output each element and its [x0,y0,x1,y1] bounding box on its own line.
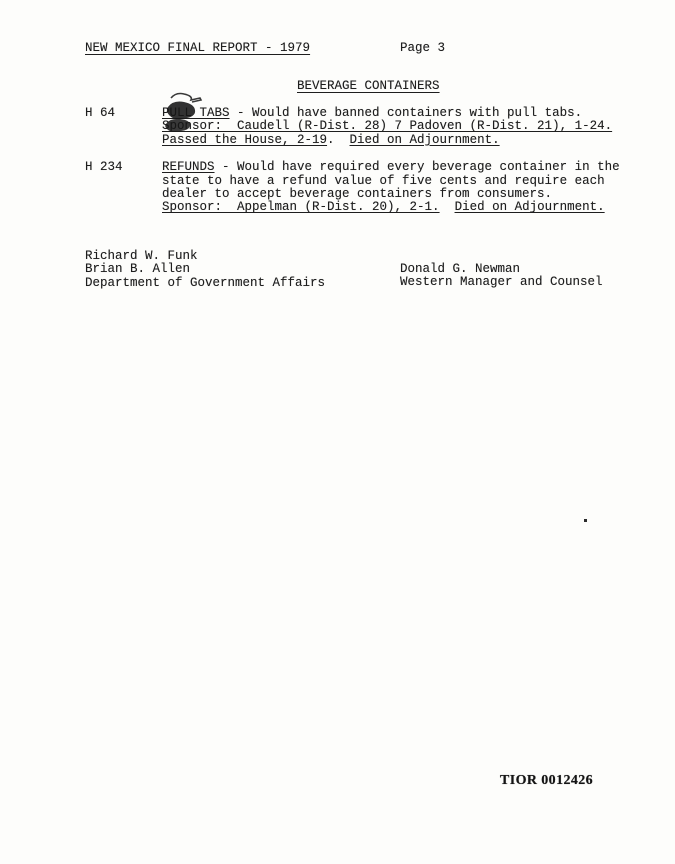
signatories-left: Richard W. FunkBrian B. AllenDepartment … [85,250,325,290]
signatory-line: Richard W. Funk [85,250,325,263]
report-title: NEW MEXICO FINAL REPORT - 1979 [85,42,310,55]
bill-number: H 234 [85,161,162,215]
signatory-line: Western Manager and Counsel [400,276,603,289]
bill-text: REFUNDS - Would have required every beve… [162,161,645,215]
stray-mark [584,519,587,522]
bill-number: H 64 [85,107,162,147]
ink-blot-artifact [158,91,210,137]
signatory-line: Donald G. Newman [400,263,603,276]
signatory-line: Brian B. Allen [85,263,325,276]
section-heading: BEVERAGE CONTAINERS [297,80,440,93]
signatory-line: Department of Government Affairs [85,277,325,290]
bates-stamp: TIOR 0012426 [500,774,593,787]
bill-text: PULL TABS - Would have banned containers… [162,107,645,147]
scanned-document-page: NEW MEXICO FINAL REPORT - 1979 Page 3 BE… [0,0,675,864]
page-number: Page 3 [400,42,445,55]
signatories-right: Donald G. NewmanWestern Manager and Coun… [400,263,603,290]
bill-row: H 234REFUNDS - Would have required every… [85,161,645,215]
